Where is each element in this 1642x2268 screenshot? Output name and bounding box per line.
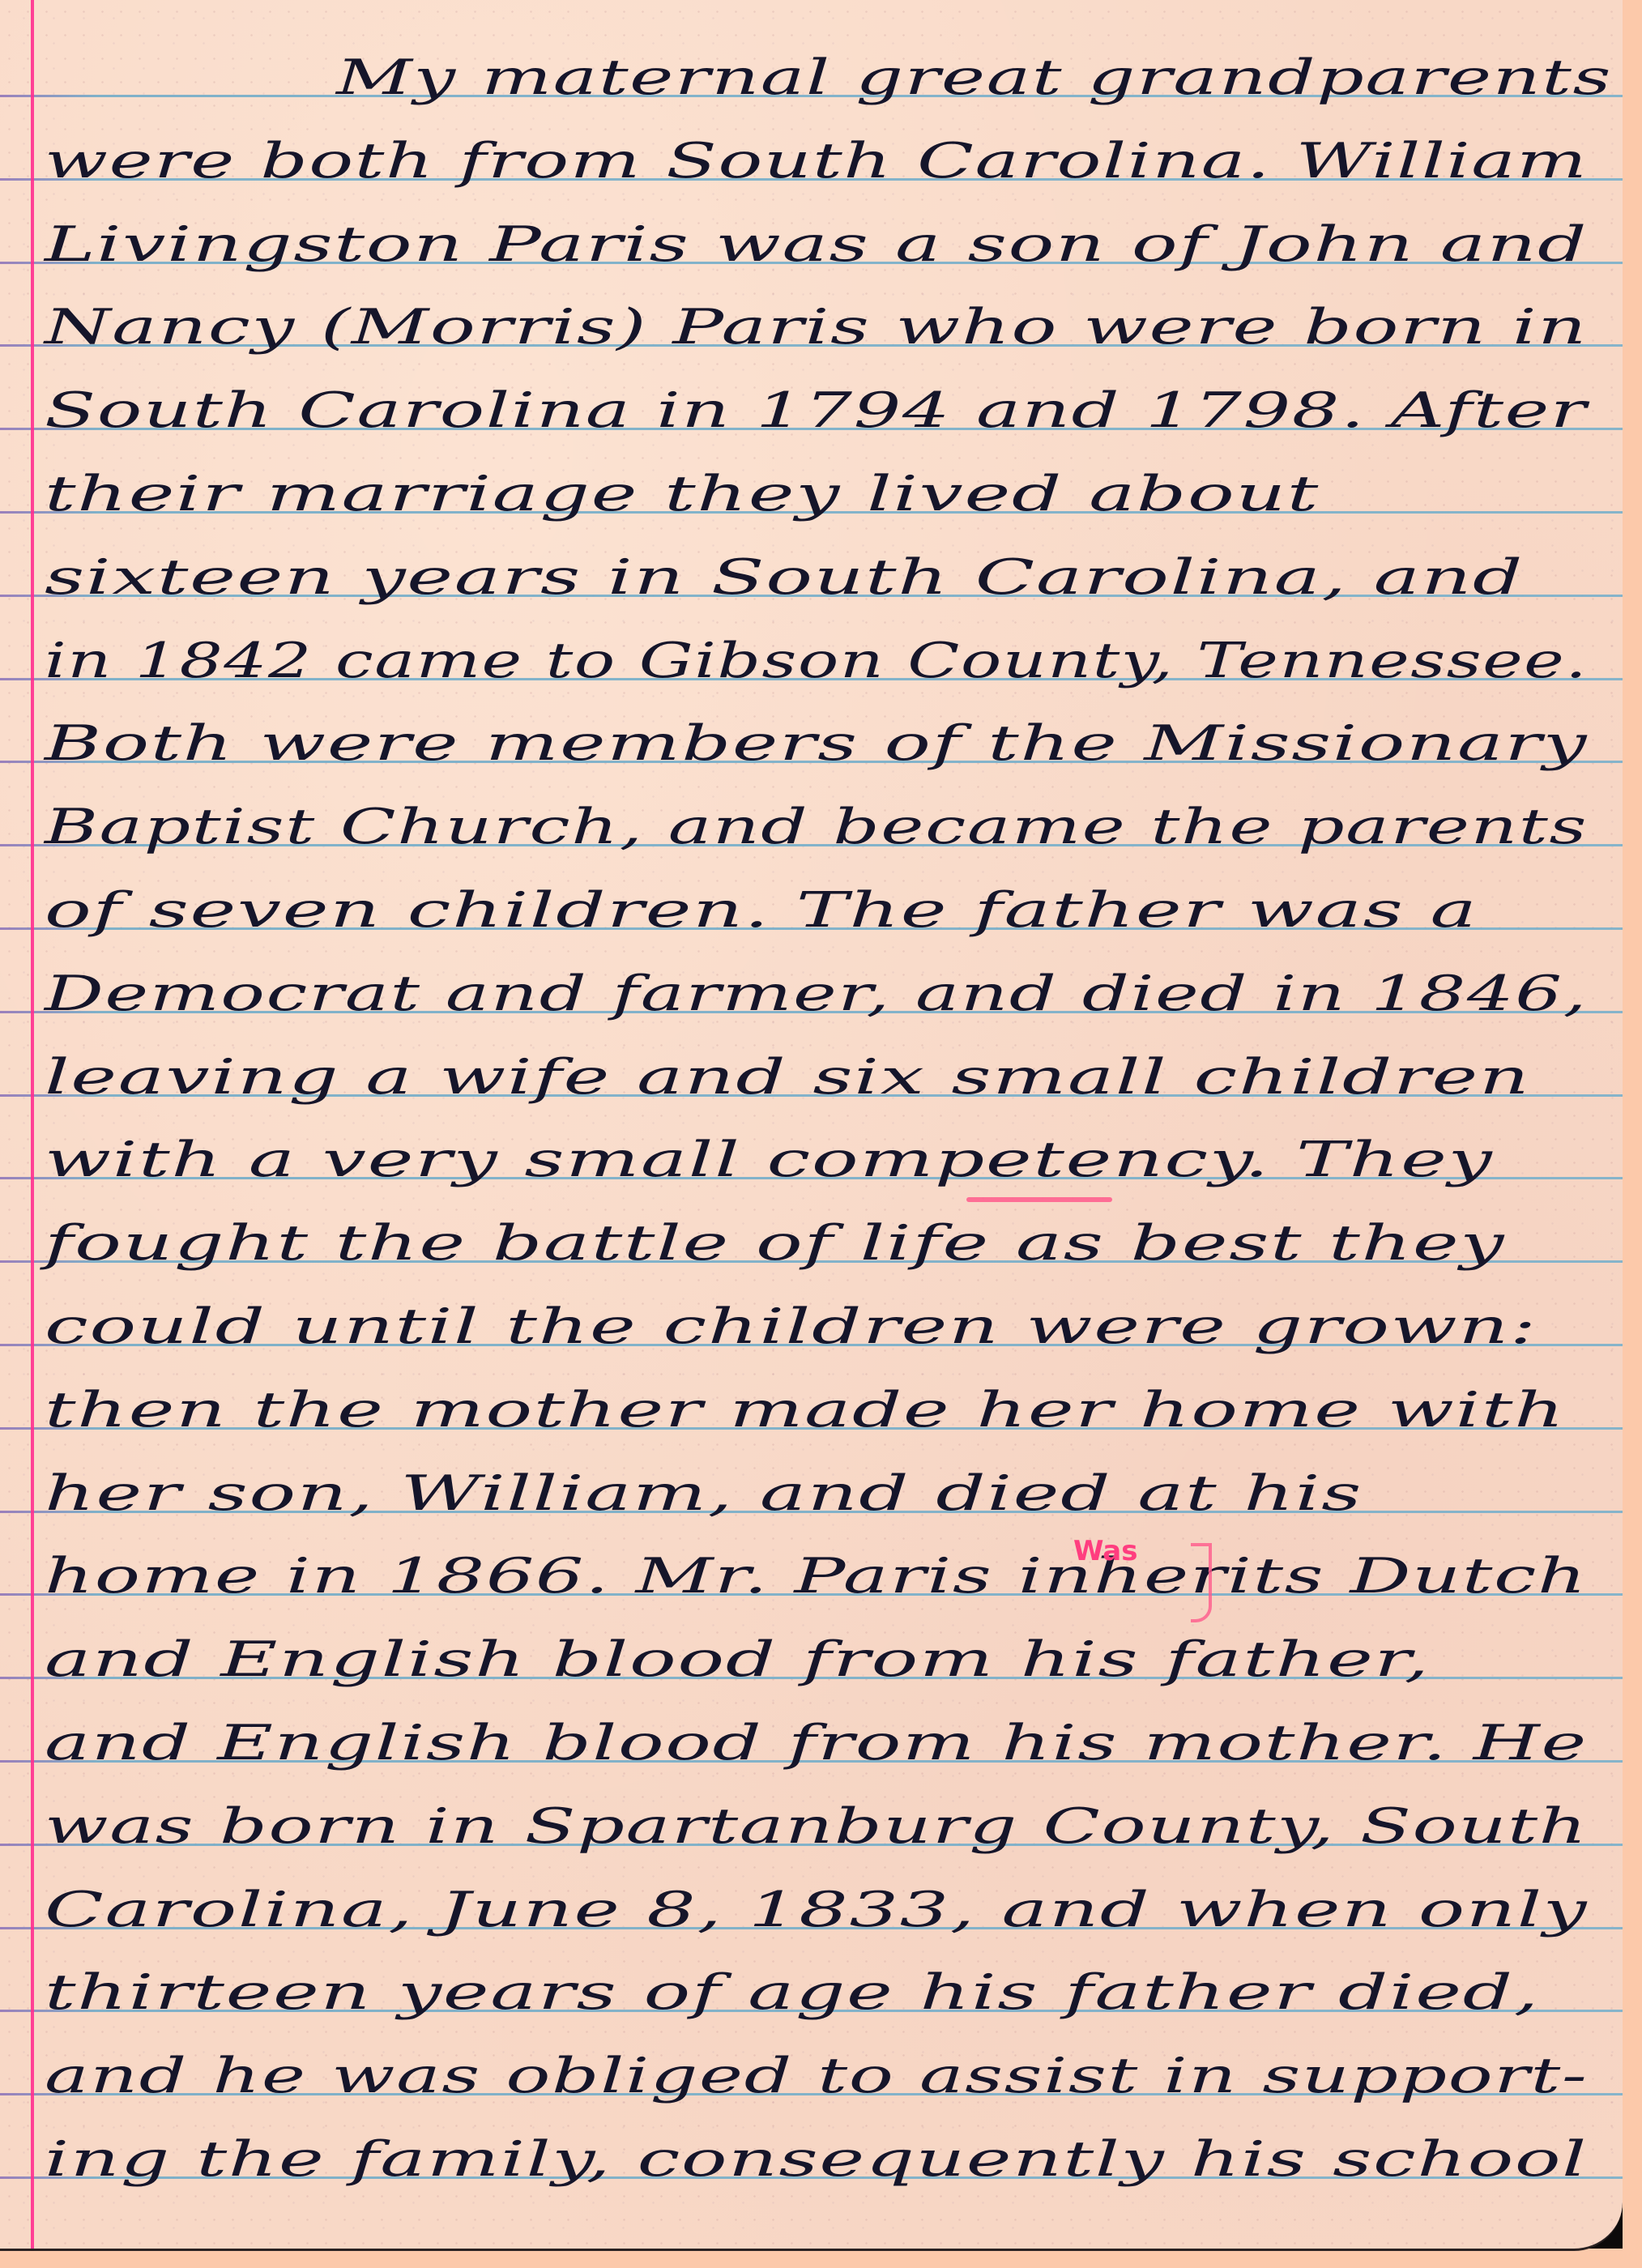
handwritten-line: Democrat and farmer, and died in 1846, xyxy=(45,970,1588,1018)
handwritten-line: South Carolina in 1794 and 1798. After xyxy=(45,386,1587,435)
handwritten-line: and he was obliged to assist in support- xyxy=(45,2052,1588,2100)
handwritten-line: Carolina, June 8, 1833, and when only xyxy=(45,1886,1588,1934)
handwritten-line: then the mother made her home with xyxy=(45,1386,1566,1435)
handwritten-line: of seven children. The father was a xyxy=(45,886,1478,935)
correction-annotation-was: Was xyxy=(1073,1535,1137,1567)
correction-caret-mark xyxy=(1191,1543,1212,1622)
handwritten-line: My maternal great grandparents xyxy=(336,53,1612,102)
handwritten-line: Nancy (Morris) Paris who were born in xyxy=(45,303,1588,352)
margin-line xyxy=(31,0,34,2249)
handwritten-line: and English blood from his mother. He xyxy=(45,1719,1588,1767)
handwritten-line: ing the family, consequently his school xyxy=(45,2135,1588,2184)
handwritten-line: home in 1866. Mr. Paris inherits Dutch xyxy=(45,1552,1588,1601)
handwritten-line: leaving a wife and six small children xyxy=(45,1053,1530,1102)
handwritten-line: in 1842 came to Gibson County, Tennessee… xyxy=(45,637,1588,685)
handwritten-line: their marriage they lived about xyxy=(45,470,1320,518)
handwritten-line: Livingston Paris was a son of John and xyxy=(45,220,1588,269)
handwritten-line: and English blood from his father, xyxy=(45,1635,1430,1684)
handwritten-line: her son, William, and died at his xyxy=(45,1469,1363,1518)
handwritten-line: was born in Spartanburg County, South xyxy=(45,1802,1588,1851)
handwritten-line: sixteen years in South Carolina, and xyxy=(45,553,1524,602)
handwritten-line: fought the battle of life as best they xyxy=(45,1219,1505,1268)
handwritten-line: with a very small competency. They xyxy=(45,1136,1493,1184)
correction-underline-mark xyxy=(966,1197,1112,1202)
handwritten-line: Both were members of the Missionary xyxy=(45,719,1588,768)
handwritten-line: were both from South Carolina. William xyxy=(45,137,1588,185)
handwritten-line: Baptist Church, and became the parents xyxy=(45,803,1588,851)
notebook-page: My maternal great grandparentswere both … xyxy=(0,0,1623,2251)
handwritten-line: thirteen years of age his father died, xyxy=(45,1968,1540,2017)
handwritten-line: could until the children were grown: xyxy=(45,1302,1538,1351)
